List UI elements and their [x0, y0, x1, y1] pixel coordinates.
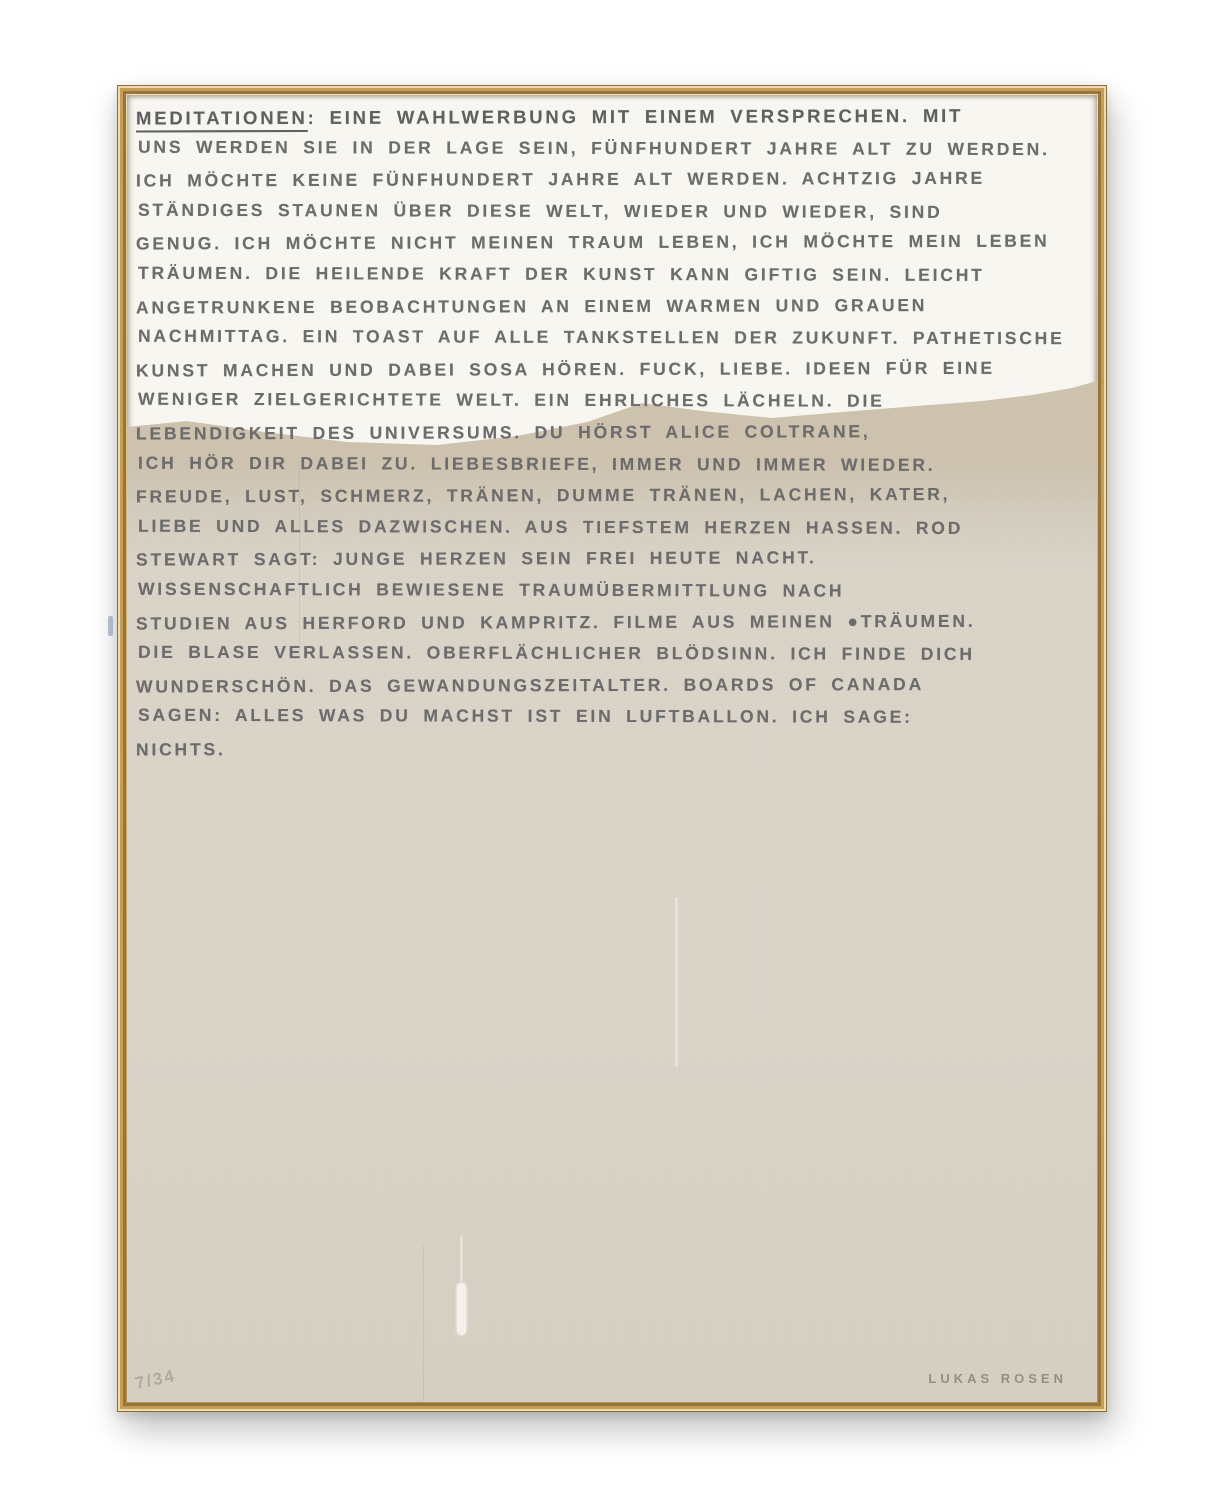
text-line: WISSENSCHAFTLICH BEWIESENE TRAUMÜBERMITT…	[138, 574, 1095, 608]
text-line-rest: : EINE WAHLWERBUNG MIT EINEM VERSPRECHEN…	[308, 105, 964, 128]
handwritten-text: MEDITATIONEN: EINE WAHLWERBUNG MIT EINEM…	[136, 101, 1093, 764]
text-line: FREUDE, LUST, SCHMERZ, TRÄNEN, DUMME TRÄ…	[136, 479, 1093, 514]
text-line: GENUG. ICH MÖCHTE NICHT MEINEN TRAUM LEB…	[136, 226, 1093, 261]
artist-signature: LUKAS ROSEN	[928, 1371, 1067, 1386]
text-line: NICHTS.	[136, 731, 1093, 766]
text-line: MEDITATIONEN: EINE WAHLWERBUNG MIT EINEM…	[136, 99, 1093, 134]
paint-drip	[457, 1283, 466, 1335]
blue-paint-mark	[108, 616, 113, 636]
text-line: STUDIEN AUS HERFORD UND KAMPRITZ. FILME …	[136, 605, 1093, 640]
picture-frame: MEDITATIONEN: EINE WAHLWERBUNG MIT EINEM…	[117, 85, 1107, 1412]
text-line: NACHMITTAG. EIN TOAST AUF ALLE TANKSTELL…	[138, 321, 1095, 355]
paint-drip	[675, 897, 678, 1067]
text-line: TRÄUMEN. DIE HEILENDE KRAFT DER KUNST KA…	[138, 258, 1095, 292]
text-line: WUNDERSCHÖN. DAS GEWANDUNGSZEITALTER. BO…	[136, 668, 1093, 703]
text-line: STÄNDIGES STAUNEN ÜBER DIESE WELT, WIEDE…	[138, 195, 1095, 229]
text-line: UNS WERDEN SIE IN DER LAGE SEIN, FÜNFHUN…	[138, 131, 1095, 165]
canvas: MEDITATIONEN: EINE WAHLWERBUNG MIT EINEM…	[127, 95, 1097, 1402]
canvas-crease	[423, 1245, 424, 1402]
text-line: WENIGER ZIELGERICHTETE WELT. EIN EHRLICH…	[138, 384, 1095, 418]
text-line: ICH MÖCHTE KEINE FÜNFHUNDERT JAHRE ALT W…	[136, 163, 1093, 198]
title-word: MEDITATIONEN	[136, 107, 308, 129]
text-line: KUNST MACHEN UND DABEI SOSA HÖREN. FUCK,…	[136, 352, 1093, 387]
text-line: ICH HÖR DIR DABEI ZU. LIEBESBRIEFE, IMME…	[138, 447, 1095, 481]
text-line: ANGETRUNKENE BEOBACHTUNGEN AN EINEM WARM…	[136, 289, 1093, 324]
text-line: LIEBE UND ALLES DAZWISCHEN. AUS TIEFSTEM…	[138, 510, 1095, 544]
text-line: STEWART SAGT: JUNGE HERZEN SEIN FREI HEU…	[136, 542, 1093, 577]
text-line: DIE BLASE VERLASSEN. OBERFLÄCHLICHER BLÖ…	[138, 637, 1095, 671]
text-line: SAGEN: ALLES WAS DU MACHST IST EIN LUFTB…	[138, 700, 1095, 734]
text-line: LEBENDIGKEIT DES UNIVERSUMS. DU HÖRST AL…	[136, 415, 1093, 450]
artwork-photo: MEDITATIONEN: EINE WAHLWERBUNG MIT EINEM…	[0, 0, 1227, 1500]
